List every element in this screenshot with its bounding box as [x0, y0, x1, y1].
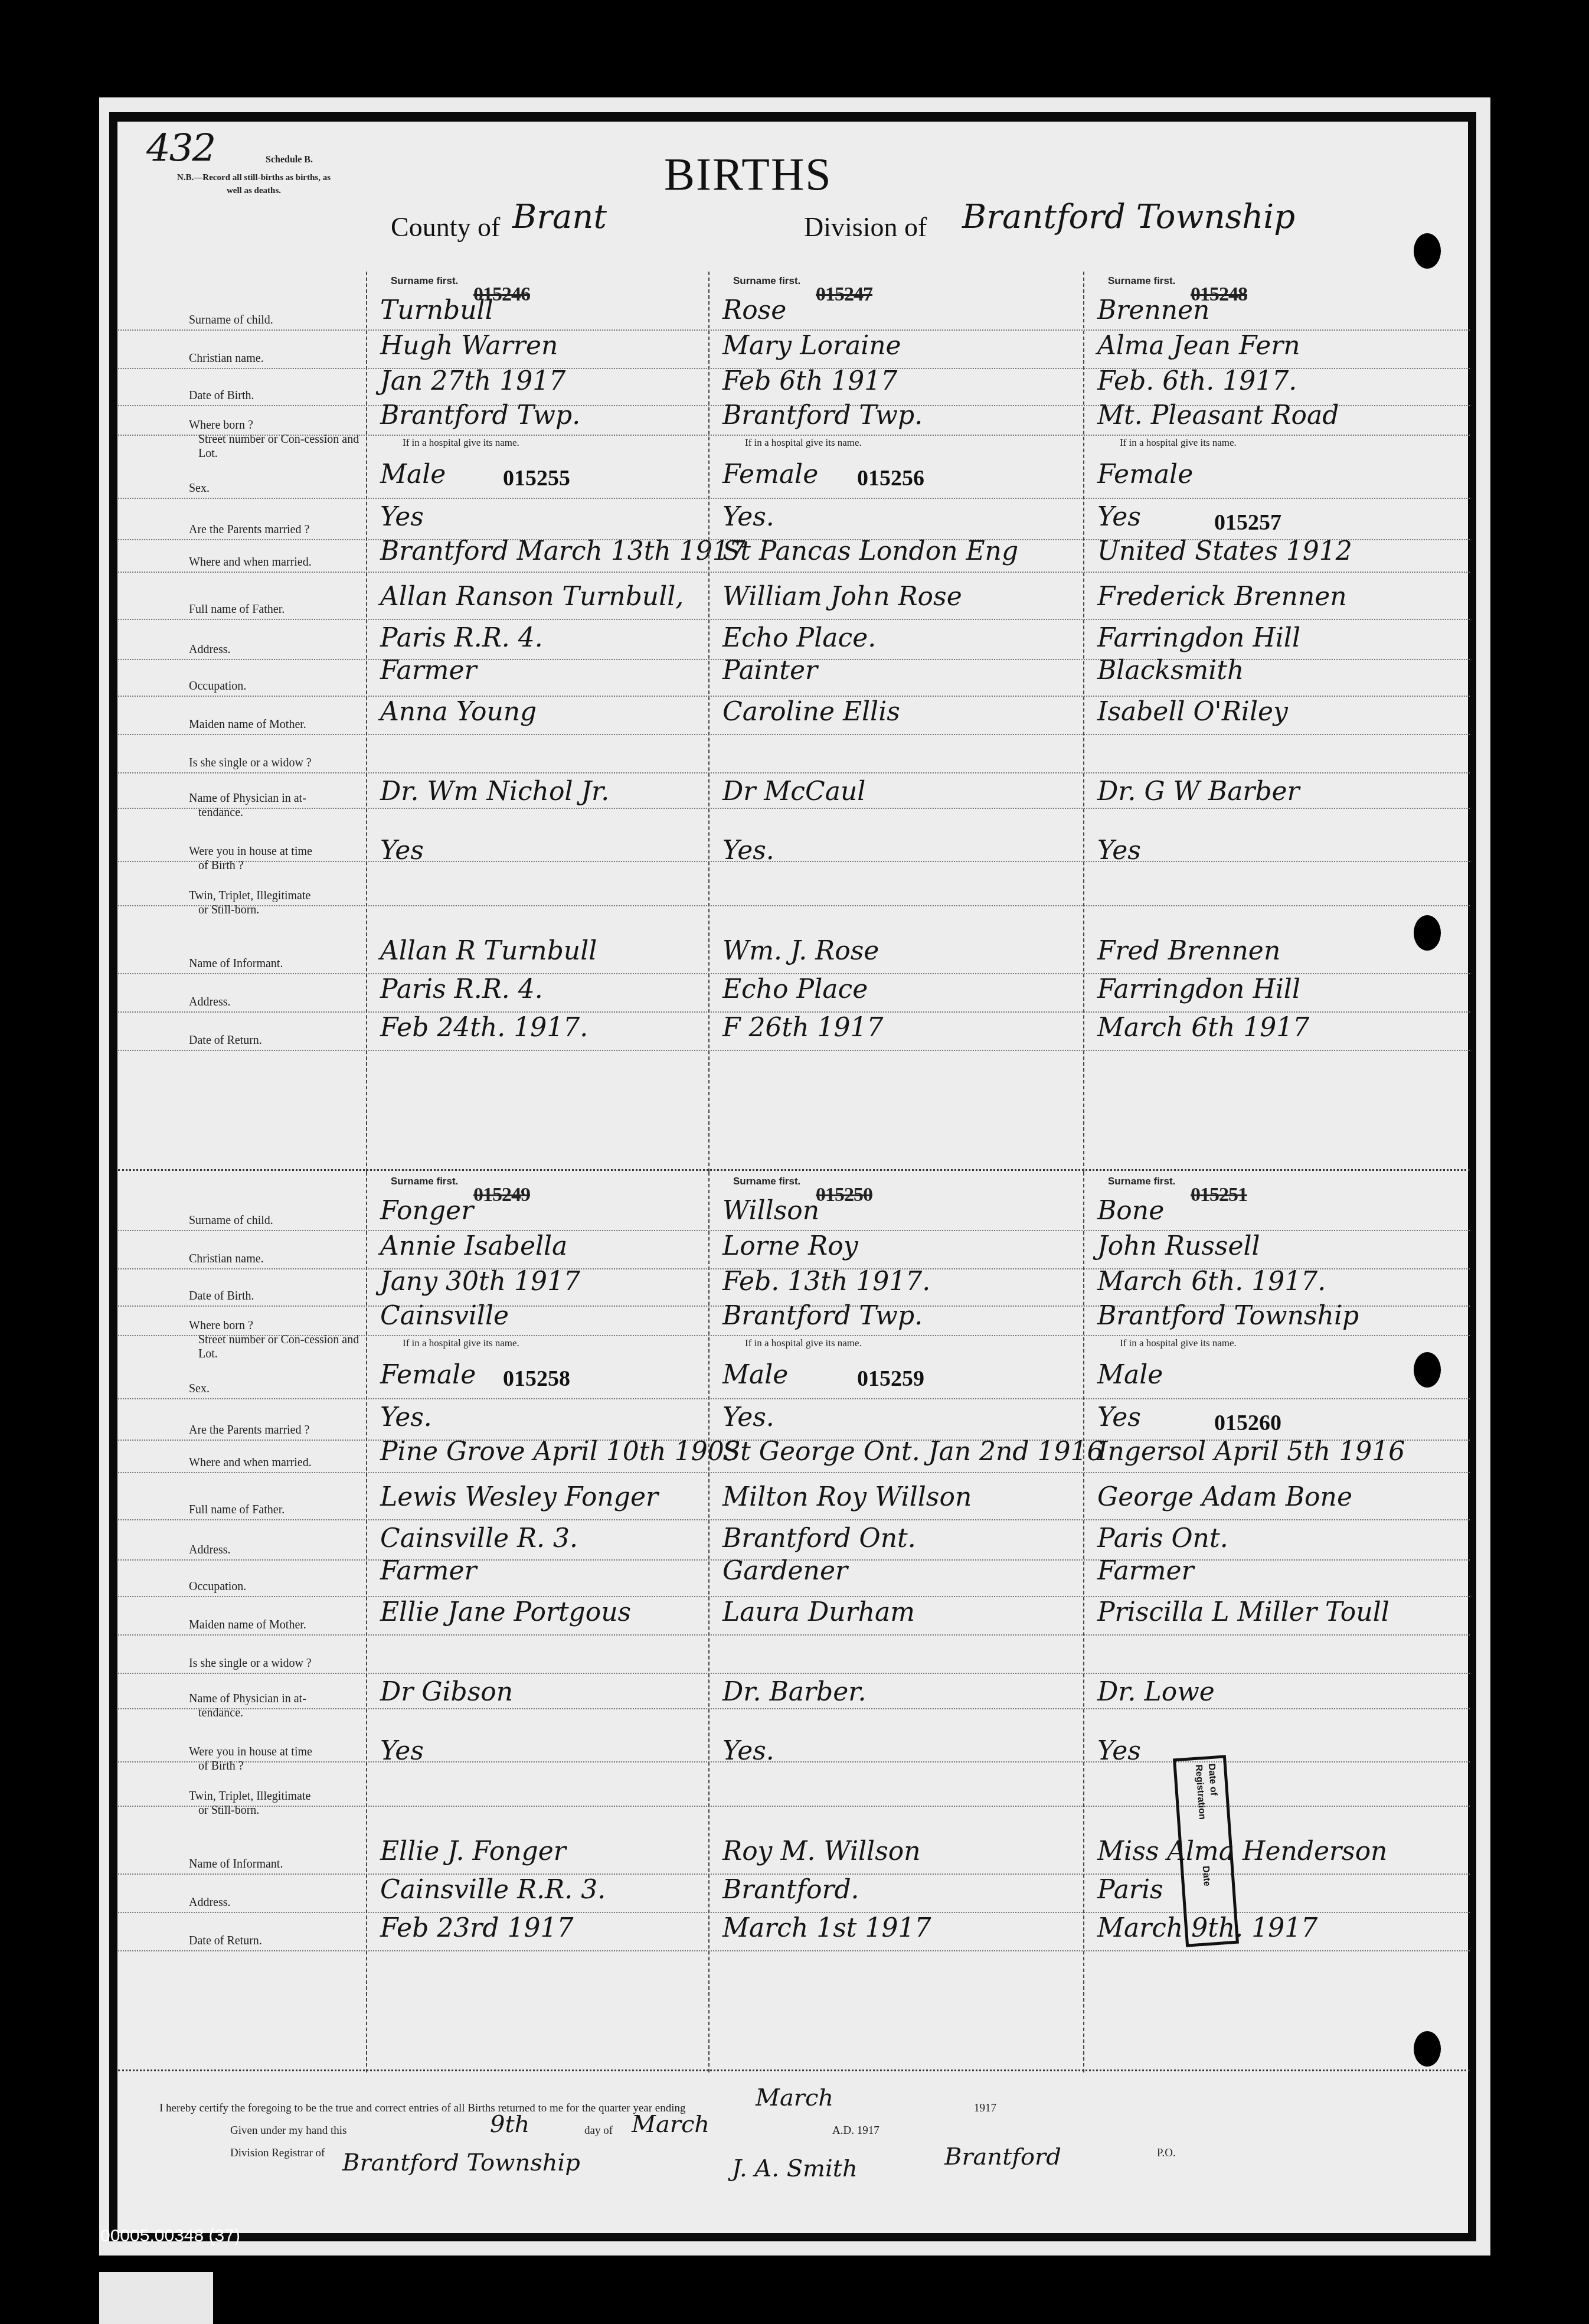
label-text: Where and when married.: [189, 556, 312, 569]
label-text: Address.: [189, 1543, 231, 1556]
label-physician: Name of Physician in at-tendance.: [189, 1692, 366, 1720]
label-where-born: Where born ?Street number or Con-cession…: [189, 418, 366, 461]
entry-address: Cainsville R. 3.: [380, 1523, 578, 1553]
label-informant: Name of Informant.: [189, 957, 366, 971]
entry-where-born: Brantford Township: [1097, 1301, 1359, 1331]
entry-informant: Miss Alma Henderson: [1097, 1836, 1387, 1866]
label-date-of-return: Date of Return.: [189, 1033, 366, 1047]
birth-entry-2: Surname first.015247RoseMary LoraineFeb …: [708, 272, 1084, 1172]
county-value: Brant: [512, 198, 607, 236]
label-text: Sex.: [189, 482, 210, 495]
entry-informant-address: Echo Place: [722, 974, 868, 1004]
entry-mother: Anna Young: [380, 697, 537, 727]
entry-occupation: Farmer: [380, 1556, 477, 1586]
label-christian-name: Christian name.: [189, 351, 366, 365]
entry-physician: Dr. Wm Nichol Jr.: [380, 776, 609, 807]
entry-father: George Adam Bone: [1097, 1482, 1352, 1512]
cert-ad-year: A.D. 1917: [832, 2124, 879, 2137]
entry-father: Allan Ranson Turnbull,: [380, 582, 684, 612]
stamp-text: Date of: [1206, 1763, 1219, 1796]
label-date-of-birth: Date of Birth.: [189, 389, 366, 403]
label-text: Occupation.: [189, 680, 246, 693]
entry-address: Farringdon Hill: [1097, 623, 1300, 653]
entry-occupation: Painter: [722, 655, 818, 686]
label-text: Full name of Father.: [189, 1503, 285, 1516]
entry-date-of-return: Feb 24th. 1917.: [380, 1013, 588, 1043]
entry-physician: Dr. Barber.: [722, 1677, 866, 1707]
label-subtext: or Still-born.: [189, 1803, 366, 1817]
entry-married: Yes.: [722, 502, 774, 532]
microfilm-reference: 00005.00348 (37): [100, 2226, 240, 2246]
label-informant: Name of Informant.: [189, 1857, 366, 1871]
registration-number: 015256: [857, 465, 924, 491]
entry-where-married: Ingersol April 5th 1916: [1097, 1437, 1405, 1467]
hospital-hint: If in a hospital give its name.: [1120, 437, 1237, 449]
label-twin: Twin, Triplet, Illegitimateor Still-born…: [189, 1789, 366, 1817]
entry-married: Yes.: [380, 1402, 432, 1432]
county-label: County of: [391, 211, 500, 243]
entry-address: Paris Ont.: [1097, 1523, 1228, 1553]
entry-physician: Dr. Lowe: [1097, 1677, 1215, 1707]
birth-entry-1: Surname first.015246TurnbullHugh WarrenJ…: [366, 272, 710, 1172]
cert-day-of-label: day of: [584, 2124, 613, 2137]
entry-where-married: United States 1912: [1097, 536, 1352, 566]
entry-dob: Feb 6th 1917: [722, 366, 897, 396]
label-text: Twin, Triplet, Illegitimate: [189, 889, 310, 902]
entry-surname: Turnbull: [380, 295, 493, 325]
label-in-house: Were you in house at timeof Birth ?: [189, 844, 366, 873]
registration-number: 015257: [1214, 510, 1281, 536]
entry-physician: Dr McCaul: [722, 776, 865, 807]
entry-christian: Hugh Warren: [380, 331, 558, 361]
surname-first-hint: Surname first.: [391, 275, 458, 287]
label-text: Address.: [189, 643, 231, 656]
hospital-hint: If in a hospital give its name.: [1120, 1337, 1237, 1349]
label-text: Address.: [189, 995, 231, 1008]
entry-dob: Feb. 13th 1917.: [722, 1267, 930, 1297]
label-subtext: tendance.: [189, 1706, 366, 1720]
entry-sex: Female: [722, 459, 818, 489]
entry-informant-address: Paris R.R. 4.: [380, 974, 543, 1004]
label-text: Maiden name of Mother.: [189, 1618, 306, 1631]
label-text: Name of Informant.: [189, 957, 283, 970]
entry-christian: Alma Jean Fern: [1097, 331, 1300, 361]
surname-first-hint: Surname first.: [1108, 275, 1175, 287]
label-text: Name of Physician in at-: [189, 1692, 306, 1705]
cert-registrar-division: Brantford Township: [342, 2149, 580, 2176]
entry-date-of-return: Feb 23rd 1917: [380, 1913, 573, 1943]
label-text: Were you in house at time: [189, 845, 312, 858]
label-mother-maiden: Maiden name of Mother.: [189, 1618, 366, 1632]
page-number: 432: [146, 127, 215, 171]
label-informant-address: Address.: [189, 995, 366, 1009]
label-where-when-married: Where and when married.: [189, 1455, 366, 1470]
label-physician: Name of Physician in at-tendance.: [189, 791, 366, 820]
label-text: Full name of Father.: [189, 603, 285, 616]
label-where-born: Where born ?Street number or Con-cession…: [189, 1318, 366, 1361]
label-text: Is she single or a widow ?: [189, 756, 312, 769]
division-value: Brantford Township: [962, 198, 1295, 236]
entry-married: Yes: [380, 502, 424, 532]
entry-in-house: Yes.: [722, 835, 774, 866]
entry-physician: Dr. G W Barber: [1097, 776, 1300, 807]
entry-informant-address: Farringdon Hill: [1097, 974, 1300, 1004]
label-text: Were you in house at time: [189, 1745, 312, 1758]
label-surname-of-child: Surname of child.: [189, 1213, 366, 1228]
birth-register-block: Surname of child.Christian name.Date of …: [118, 272, 1470, 1172]
field-labels: Surname of child.Christian name.Date of …: [118, 272, 366, 1172]
entry-occupation: Blacksmith: [1097, 655, 1244, 686]
entry-father: Lewis Wesley Fonger: [380, 1482, 658, 1512]
label-sex: Sex.: [189, 1382, 366, 1396]
entry-where-born: Mt. Pleasant Road: [1097, 400, 1339, 430]
entry-address: Brantford Ont.: [722, 1523, 916, 1553]
entry-in-house: Yes: [1097, 1736, 1141, 1766]
entry-surname: Fonger: [380, 1196, 473, 1226]
entry-address: Paris R.R. 4.: [380, 623, 543, 653]
entry-mother: Priscilla L Miller Toull: [1097, 1597, 1389, 1627]
surname-first-hint: Surname first.: [733, 1176, 800, 1187]
label-christian-name: Christian name.: [189, 1252, 366, 1266]
label-text: Address.: [189, 1896, 231, 1909]
registration-number-struck: 015251: [1191, 1184, 1247, 1206]
cert-quarter-month: March: [756, 2084, 833, 2111]
entry-date-of-return: March 6th 1917: [1097, 1013, 1309, 1043]
entry-sex: Male: [722, 1360, 788, 1390]
entry-surname: Rose: [722, 295, 786, 325]
label-text: Surname of child.: [189, 1214, 273, 1227]
entry-address: Echo Place.: [722, 623, 876, 653]
birth-entry-3: Surname first.015248BrennenAlma Jean Fer…: [1083, 272, 1459, 1172]
page-title: BIRTHS: [664, 148, 832, 201]
label-text: Is she single or a widow ?: [189, 1657, 312, 1670]
entry-father: Frederick Brennen: [1097, 582, 1347, 612]
label-where-when-married: Where and when married.: [189, 555, 366, 569]
entry-dob: March 6th. 1917.: [1097, 1267, 1326, 1297]
label-parents-married: Are the Parents married ?: [189, 1423, 366, 1437]
entry-mother: Laura Durham: [722, 1597, 915, 1627]
label-text: Where and when married.: [189, 1456, 312, 1469]
hospital-hint: If in a hospital give its name.: [745, 1337, 862, 1349]
entry-in-house: Yes: [1097, 835, 1141, 866]
entry-informant: Roy M. Willson: [722, 1836, 921, 1866]
entry-mother: Isabell O'Riley: [1097, 697, 1288, 727]
registration-number: 015260: [1214, 1410, 1281, 1436]
cert-day: 9th: [490, 2111, 529, 2138]
entry-surname: Bone: [1097, 1196, 1164, 1226]
label-father-name: Full name of Father.: [189, 1503, 366, 1517]
entry-informant: Fred Brennen: [1097, 936, 1280, 966]
cert-line1: I hereby certify the foregoing to be the…: [159, 2102, 686, 2115]
label-text: Name of Physician in at-: [189, 792, 306, 805]
entry-date-of-return: F 26th 1917: [722, 1013, 884, 1043]
label-text: Maiden name of Mother.: [189, 718, 306, 731]
birth-entry-5: Surname first.015250WillsonLorne RoyFeb.…: [708, 1172, 1084, 2072]
entry-physician: Dr Gibson: [380, 1677, 513, 1707]
entry-mother: Ellie Jane Portgous: [380, 1597, 631, 1627]
entry-where-married: St George Ont. Jan 2nd 1916: [722, 1437, 1103, 1467]
entry-sex: Male: [1097, 1360, 1163, 1390]
label-twin: Twin, Triplet, Illegitimateor Still-born…: [189, 889, 366, 917]
hospital-hint: If in a hospital give its name.: [403, 437, 519, 449]
entry-informant-address: Cainsville R.R. 3.: [380, 1875, 606, 1905]
cert-month: March: [632, 2111, 710, 2138]
label-subtext: or Still-born.: [189, 903, 366, 917]
surname-first-hint: Surname first.: [391, 1176, 458, 1187]
entry-informant: Allan R Turnbull: [380, 936, 597, 966]
registration-number: 015259: [857, 1366, 924, 1392]
entry-where-married: Brantford March 13th 1917: [380, 536, 746, 566]
label-text: Name of Informant.: [189, 1858, 283, 1871]
label-text: Where born ?: [189, 419, 253, 432]
label-text: Christian name.: [189, 352, 264, 365]
registration-number: 015258: [503, 1366, 570, 1392]
label-subtext: of Birth ?: [189, 1759, 366, 1773]
label-text: Date of Return.: [189, 1034, 262, 1047]
label-date-of-birth: Date of Birth.: [189, 1289, 366, 1303]
birth-register-block: Surname of child.Christian name.Date of …: [118, 1172, 1470, 2072]
stamp-text: Date: [1200, 1866, 1212, 1887]
label-parents-married: Are the Parents married ?: [189, 523, 366, 537]
entry-married: Yes: [1097, 1402, 1141, 1432]
label-father-name: Full name of Father.: [189, 602, 366, 616]
entry-christian: Lorne Roy: [722, 1231, 858, 1261]
registration-number: 015255: [503, 465, 570, 491]
stillbirth-note: N.B.—Record all still-births as births, …: [177, 171, 331, 197]
field-labels: Surname of child.Christian name.Date of …: [118, 1172, 366, 2072]
entry-christian: Annie Isabella: [380, 1231, 567, 1261]
entry-date-of-return: March 1st 1917: [722, 1913, 931, 1943]
label-text: Where born ?: [189, 1319, 253, 1332]
entry-informant-address: Paris: [1097, 1875, 1163, 1905]
label-text: Twin, Triplet, Illegitimate: [189, 1790, 310, 1803]
label-sex: Sex.: [189, 481, 366, 495]
cert-post-office: Brantford: [944, 2143, 1061, 2170]
label-address: Address.: [189, 1543, 366, 1557]
schedule-label: Schedule B.: [266, 155, 313, 165]
surname-first-hint: Surname first.: [1108, 1176, 1175, 1187]
entry-dob: Jan 27th 1917: [380, 366, 565, 396]
registration-number-struck: 015247: [816, 283, 872, 306]
label-single-widow: Is she single or a widow ?: [189, 1656, 366, 1670]
cert-quarter-year: 1917: [974, 2102, 996, 2115]
label-subtext: Street number or Con-cession and Lot.: [189, 432, 366, 461]
entry-in-house: Yes.: [722, 1736, 774, 1766]
entry-where-born: Brantford Twp.: [722, 1301, 923, 1331]
entry-christian: John Russell: [1097, 1231, 1260, 1261]
entry-sex: Female: [1097, 459, 1193, 489]
label-address: Address.: [189, 642, 366, 657]
birth-entry-6: Surname first.015251BoneJohn RussellMarc…: [1083, 1172, 1459, 2072]
stamp-text: Registration: [1193, 1764, 1207, 1820]
entry-christian: Mary Loraine: [722, 331, 901, 361]
entry-in-house: Yes: [380, 835, 424, 866]
birth-entry-4: Surname first.015249FongerAnnie Isabella…: [366, 1172, 710, 2072]
entry-married: Yes: [1097, 502, 1141, 532]
label-text: Date of Birth.: [189, 389, 254, 402]
cert-po-label: P.O.: [1157, 2147, 1176, 2160]
hospital-hint: If in a hospital give its name.: [745, 437, 862, 449]
entry-sex: Female: [380, 1360, 476, 1390]
entry-where-born: Brantford Twp.: [380, 400, 580, 430]
label-subtext: of Birth ?: [189, 859, 366, 873]
label-informant-address: Address.: [189, 1895, 366, 1910]
label-mother-maiden: Maiden name of Mother.: [189, 717, 366, 732]
registration-number-struck: 015249: [473, 1184, 530, 1206]
entry-dob: Jany 30th 1917: [380, 1267, 580, 1297]
entry-surname: Brennen: [1097, 295, 1209, 325]
film-leader-patch: [99, 2272, 213, 2324]
entry-father: Milton Roy Willson: [722, 1482, 972, 1512]
entry-occupation: Farmer: [1097, 1556, 1194, 1586]
entry-in-house: Yes: [380, 1736, 424, 1766]
registration-number-struck: 015250: [816, 1184, 872, 1206]
entry-where-married: St Pancas London Eng: [722, 536, 1018, 566]
hospital-hint: If in a hospital give its name.: [403, 1337, 519, 1349]
entry-informant: Wm. J. Rose: [722, 936, 879, 966]
entry-dob: Feb. 6th. 1917.: [1097, 366, 1297, 396]
label-text: Surname of child.: [189, 314, 273, 327]
cert-registrar-label: Division Registrar of: [230, 2147, 325, 2160]
label-subtext: tendance.: [189, 805, 366, 820]
entry-informant-address: Brantford.: [722, 1875, 859, 1905]
surname-first-hint: Surname first.: [733, 275, 800, 287]
entry-sex: Male: [380, 459, 446, 489]
label-in-house: Were you in house at timeof Birth ?: [189, 1745, 366, 1773]
entry-surname: Willson: [722, 1196, 819, 1226]
label-text: Occupation.: [189, 1580, 246, 1593]
label-surname-of-child: Surname of child.: [189, 313, 366, 327]
division-label: Division of: [804, 211, 927, 243]
label-single-widow: Is she single or a widow ?: [189, 756, 366, 770]
entry-father: William John Rose: [722, 582, 962, 612]
entry-where-born: Cainsville: [380, 1301, 509, 1331]
label-text: Date of Return.: [189, 1934, 262, 1947]
entry-occupation: Farmer: [380, 655, 477, 686]
entry-where-married: Pine Grove April 10th 1903: [380, 1437, 741, 1467]
registrar-signature: J. A. Smith: [732, 2155, 858, 2182]
cert-given-label: Given under my hand this: [230, 2124, 346, 2137]
label-occupation: Occupation.: [189, 1579, 366, 1594]
punch-hole: [1414, 233, 1441, 269]
label-text: Are the Parents married ?: [189, 1424, 309, 1437]
label-text: Christian name.: [189, 1252, 264, 1265]
entry-married: Yes.: [722, 1402, 774, 1432]
label-text: Are the Parents married ?: [189, 523, 309, 536]
label-occupation: Occupation.: [189, 679, 366, 693]
entry-informant: Ellie J. Fonger: [380, 1836, 566, 1866]
label-subtext: Street number or Con-cession and Lot.: [189, 1333, 366, 1361]
entry-mother: Caroline Ellis: [722, 697, 900, 727]
label-text: Sex.: [189, 1382, 210, 1395]
entry-where-born: Brantford Twp.: [722, 400, 923, 430]
entry-occupation: Gardener: [722, 1556, 848, 1586]
label-date-of-return: Date of Return.: [189, 1934, 366, 1948]
label-text: Date of Birth.: [189, 1290, 254, 1303]
